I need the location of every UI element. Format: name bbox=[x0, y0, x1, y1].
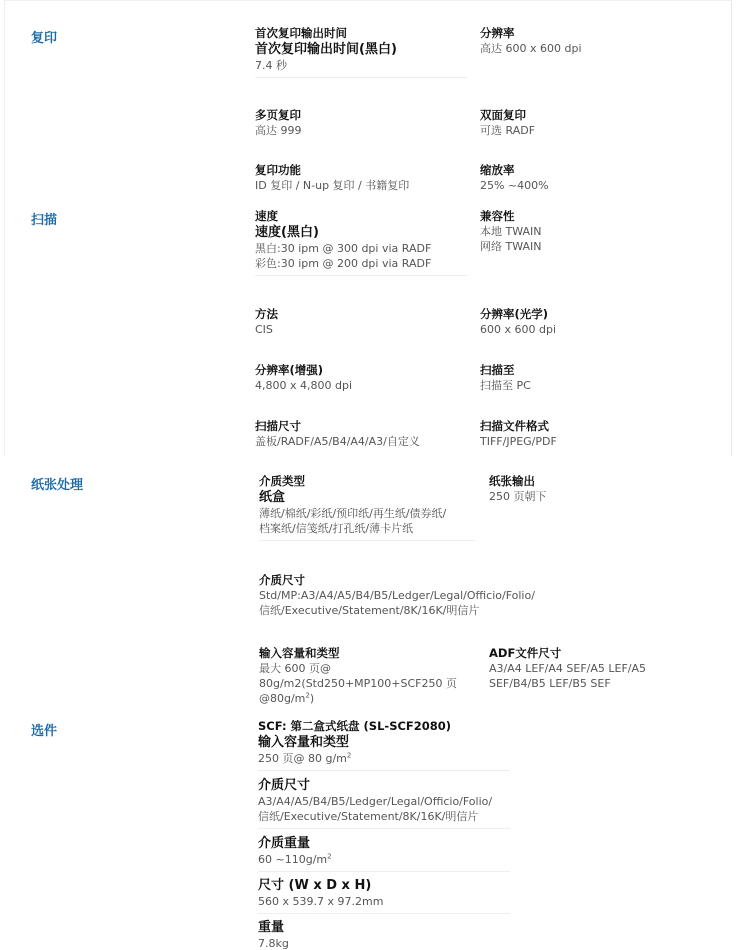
spec-title: 纸张输出 bbox=[489, 474, 709, 489]
spec-value: TIFF/JPEG/PDF bbox=[480, 434, 700, 449]
spec-dimensions: 尺寸 (W x D x H) 560 x 539.7 x 97.2mm bbox=[258, 877, 510, 914]
spec-adf-size: ADF文件尺寸 A3/A4 LEF/A4 SEF/A5 LEF/A5 SEF/B… bbox=[489, 646, 709, 691]
spec-title: 缩放率 bbox=[480, 163, 700, 178]
spec-weight: 重量 7.8kg bbox=[258, 919, 510, 950]
spec-value: 600 x 600 dpi bbox=[480, 322, 700, 337]
spec-value: A3/A4 LEF/A4 SEF/A5 LEF/A5 bbox=[489, 661, 709, 676]
spec-title: 重量 bbox=[258, 919, 510, 936]
spec-value-text: @80g/m bbox=[259, 692, 305, 705]
spec-multi-copy: 多页复印 高达 999 bbox=[255, 108, 467, 138]
spec-subtitle: 纸盒 bbox=[259, 489, 475, 506]
spec-value: 黑白:30 ipm @ 300 dpi via RADF bbox=[255, 241, 467, 256]
spec-value: 高达 999 bbox=[255, 123, 467, 138]
spec-value: 可选 RADF bbox=[480, 123, 700, 138]
spec-title: 多页复印 bbox=[255, 108, 467, 123]
spec-value: 档案纸/信笺纸/打孔纸/薄卡片纸 bbox=[259, 521, 475, 536]
spec-title: SCF: 第二盒式纸盘 (SL-SCF2080) bbox=[258, 719, 510, 734]
spec-title: 分辨率(光学) bbox=[480, 307, 700, 322]
spec-resolution: 分辨率 高达 600 x 600 dpi bbox=[480, 26, 700, 56]
spec-value: 彩色:30 ipm @ 200 dpi via RADF bbox=[255, 256, 467, 271]
spec-title: ADF文件尺寸 bbox=[489, 646, 709, 661]
spec-value: 7.8kg bbox=[258, 936, 510, 950]
spec-value: 250 页@ 80 g/m2 bbox=[258, 751, 510, 766]
spec-value: 信纸/Executive/Statement/8K/16K/明信片 bbox=[258, 809, 510, 824]
spec-value: 7.4 秒 bbox=[255, 58, 467, 73]
spec-scf-tray: SCF: 第二盒式纸盘 (SL-SCF2080) 输入容量和类型 250 页@ … bbox=[258, 719, 510, 771]
spec-title: 输入容量和类型 bbox=[259, 646, 479, 661]
spec-value: 盖板/RADF/A5/B4/A4/A3/自定义 bbox=[255, 434, 467, 449]
spec-compatibility: 兼容性 本地 TWAIN 网络 TWAIN bbox=[480, 209, 700, 254]
spec-value-text: 250 页@ 80 g/m bbox=[258, 752, 347, 765]
spec-value: @80g/m2) bbox=[259, 691, 479, 706]
spec-zoom-ratio: 缩放率 25% ~400% bbox=[480, 163, 700, 193]
superscript: 2 bbox=[347, 751, 351, 759]
spec-title: 尺寸 (W x D x H) bbox=[258, 877, 510, 894]
spec-title: 复印功能 bbox=[255, 163, 467, 178]
spec-value: 网络 TWAIN bbox=[480, 239, 700, 254]
spec-value: 560 x 539.7 x 97.2mm bbox=[258, 894, 510, 909]
spec-scan-method: 方法 CIS bbox=[255, 307, 467, 337]
spec-title: 扫描尺寸 bbox=[255, 419, 467, 434]
spec-value: 60 ~110g/m2 bbox=[258, 852, 510, 867]
spec-value: 信纸/Executive/Statement/8K/16K/明信片 bbox=[259, 603, 589, 618]
section-label-options: 选件 bbox=[31, 720, 57, 739]
spec-value: 本地 TWAIN bbox=[480, 224, 700, 239]
spec-title: 介质重量 bbox=[258, 835, 510, 852]
spec-value: 25% ~400% bbox=[480, 178, 700, 193]
spec-value: 薄纸/棉纸/彩纸/预印纸/再生纸/债券纸/ bbox=[259, 506, 475, 521]
spec-value: 250 页朝下 bbox=[489, 489, 709, 504]
spec-title: 介质尺寸 bbox=[258, 777, 510, 794]
spec-value: SEF/B4/B5 LEF/B5 SEF bbox=[489, 676, 709, 691]
spec-value-text: 60 ~110g/m bbox=[258, 853, 327, 866]
spec-title: 介质尺寸 bbox=[259, 573, 589, 588]
spec-title: 首次复印输出时间 bbox=[255, 26, 467, 41]
spec-media-weight: 介质重量 60 ~110g/m2 bbox=[258, 835, 510, 872]
spec-scan-size: 扫描尺寸 盖板/RADF/A5/B4/A4/A3/自定义 bbox=[255, 419, 467, 449]
spec-value: ID 复印 / N-up 复印 / 书籍复印 bbox=[255, 178, 467, 193]
spec-file-format: 扫描文件格式 TIFF/JPEG/PDF bbox=[480, 419, 700, 449]
spec-title: 速度 bbox=[255, 209, 467, 224]
spec-first-copy-time: 首次复印输出时间 首次复印输出时间(黑白) 7.4 秒 bbox=[255, 26, 467, 78]
spec-value: A3/A4/A5/B4/B5/Ledger/Legal/Officio/Foli… bbox=[258, 794, 510, 809]
spec-scan-to: 扫描至 扫描至 PC bbox=[480, 363, 700, 393]
spec-value: 扫描至 PC bbox=[480, 378, 700, 393]
spec-duplex-copy: 双面复印 可选 RADF bbox=[480, 108, 700, 138]
spec-title: 兼容性 bbox=[480, 209, 700, 224]
spec-value: 高达 600 x 600 dpi bbox=[480, 41, 700, 56]
spec-title: 介质类型 bbox=[259, 474, 475, 489]
spec-media-size: 介质尺寸 Std/MP:A3/A4/A5/B4/B5/Ledger/Legal/… bbox=[259, 573, 589, 618]
section-label-scan: 扫描 bbox=[31, 209, 57, 228]
spec-value: CIS bbox=[255, 322, 467, 337]
spec-enhanced-resolution: 分辨率(增强) 4,800 x 4,800 dpi bbox=[255, 363, 467, 393]
spec-option-media-size: 介质尺寸 A3/A4/A5/B4/B5/Ledger/Legal/Officio… bbox=[258, 777, 510, 829]
spec-input-capacity: 输入容量和类型 最大 600 页@ 80g/m2(Std250+MP100+SC… bbox=[259, 646, 479, 706]
spec-scan-speed: 速度 速度(黑白) 黑白:30 ipm @ 300 dpi via RADF 彩… bbox=[255, 209, 467, 276]
section-label-copy: 复印 bbox=[31, 27, 57, 46]
spec-title: 双面复印 bbox=[480, 108, 700, 123]
spec-title: 分辨率 bbox=[480, 26, 700, 41]
spec-media-type: 介质类型 纸盒 薄纸/棉纸/彩纸/预印纸/再生纸/债券纸/ 档案纸/信笺纸/打孔… bbox=[259, 474, 475, 541]
spec-title: 分辨率(增强) bbox=[255, 363, 467, 378]
spec-paper-output: 纸张输出 250 页朝下 bbox=[489, 474, 709, 504]
spec-title: 方法 bbox=[255, 307, 467, 322]
spec-title: 扫描文件格式 bbox=[480, 419, 700, 434]
spec-subtitle: 首次复印输出时间(黑白) bbox=[255, 41, 467, 58]
spec-value: Std/MP:A3/A4/A5/B4/B5/Ledger/Legal/Offic… bbox=[259, 588, 589, 603]
section-label-paper-handling: 纸张处理 bbox=[31, 474, 83, 493]
spec-value: 4,800 x 4,800 dpi bbox=[255, 378, 467, 393]
spec-subtitle: 速度(黑白) bbox=[255, 224, 467, 241]
spec-title: 扫描至 bbox=[480, 363, 700, 378]
spec-subtitle: 输入容量和类型 bbox=[258, 734, 510, 751]
superscript: 2 bbox=[327, 852, 331, 860]
spec-optical-resolution: 分辨率(光学) 600 x 600 dpi bbox=[480, 307, 700, 337]
spec-value: 80g/m2(Std250+MP100+SCF250 页 bbox=[259, 676, 479, 691]
spec-copy-features: 复印功能 ID 复印 / N-up 复印 / 书籍复印 bbox=[255, 163, 467, 193]
spec-value-text: ) bbox=[310, 692, 314, 705]
spec-value: 最大 600 页@ bbox=[259, 661, 479, 676]
